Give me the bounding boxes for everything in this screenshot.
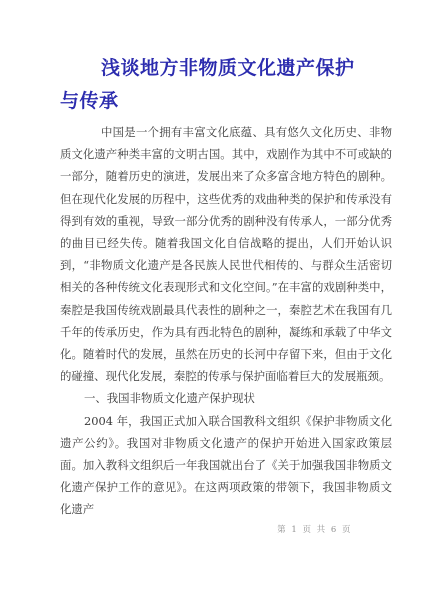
page-number: 第 1 页 共 6 页 [277, 523, 352, 535]
paragraph-section-1: 2004 年，我国正式加入联合国教科文组织《保护非物质文化遗产公约》。我国对非物… [60, 410, 392, 521]
document-content: 浅谈地方非物质文化遗产保护与传承 中国是一个拥有丰富文化底蕴、具有悠久文化历史、… [60, 0, 392, 521]
document-page: 浅谈地方非物质文化遗产保护与传承 中国是一个拥有丰富文化底蕴、具有悠久文化历史、… [0, 0, 424, 600]
section-heading-1: 一、我国非物质文化遗产保护现状 [60, 387, 392, 409]
document-title: 浅谈地方非物质文化遗产保护与传承 [60, 52, 360, 118]
paragraph-intro: 中国是一个拥有丰富文化底蕴、具有悠久文化历史、非物质文化遗产种类丰富的文明古国。… [60, 121, 392, 387]
